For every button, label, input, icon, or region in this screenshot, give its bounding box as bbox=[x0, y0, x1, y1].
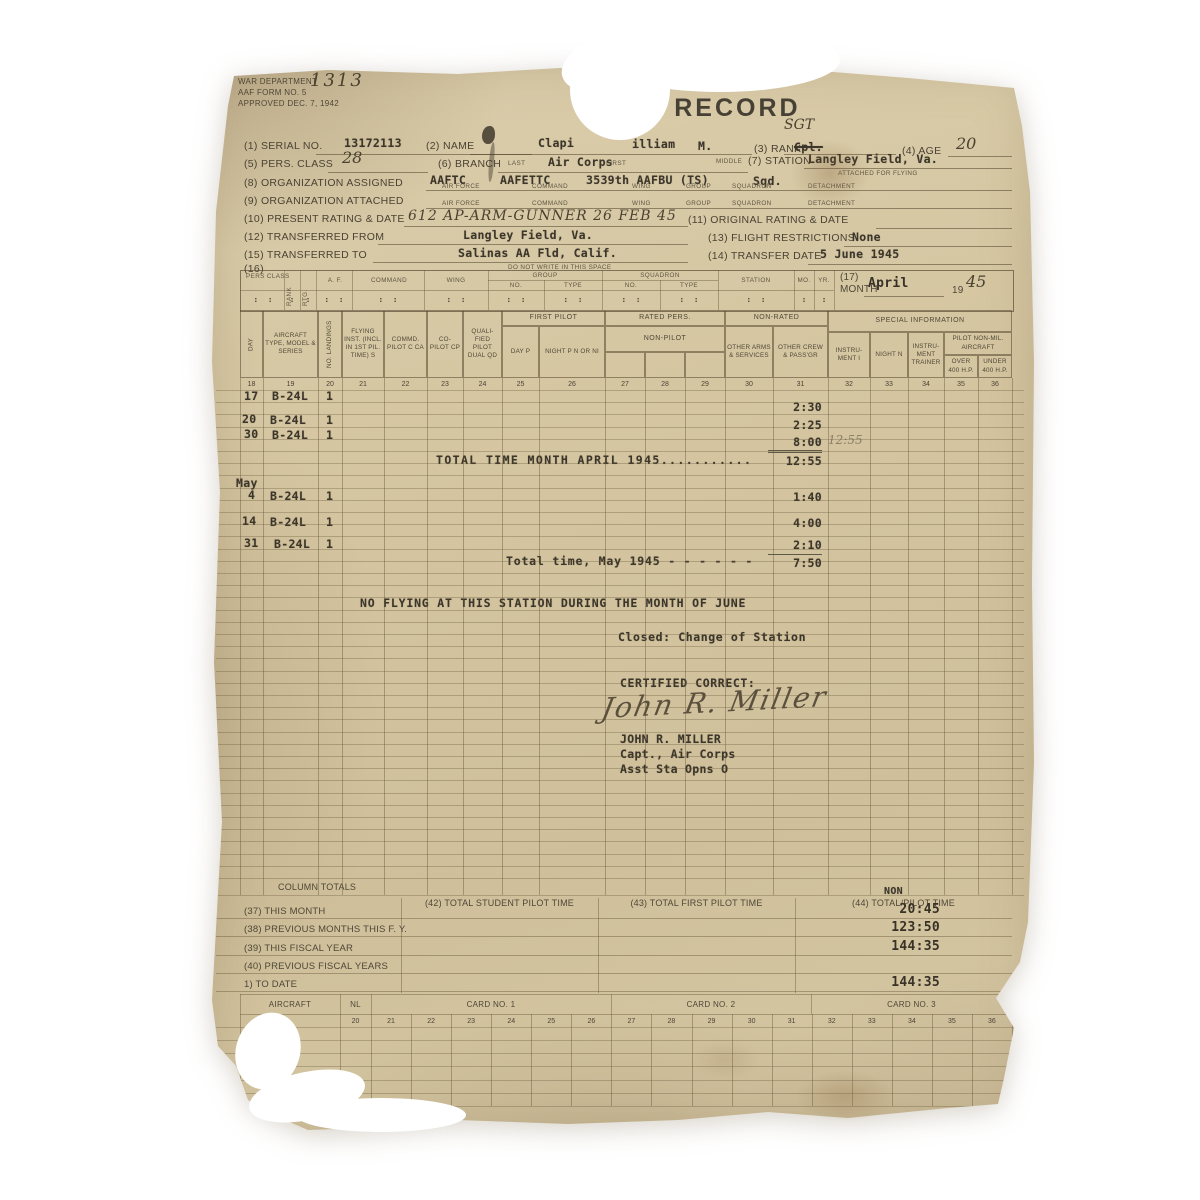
card-number: 33 bbox=[852, 1014, 892, 1028]
grid-row-line bbox=[216, 829, 1024, 830]
card-grid-line bbox=[216, 1027, 1024, 1028]
grid-row-line bbox=[216, 475, 1024, 476]
flight-time: 2:10 bbox=[768, 538, 822, 552]
this-month-value: 20:45 bbox=[848, 902, 940, 917]
branch-value: Air Corps bbox=[548, 155, 613, 169]
transferred-to-value: Salinas AA Fld, Calif. bbox=[458, 246, 617, 260]
column-number: 23 bbox=[427, 378, 463, 390]
rule-line bbox=[808, 264, 1012, 265]
card-number: 20 bbox=[340, 1014, 371, 1028]
grid-row-line bbox=[216, 573, 1024, 574]
grid-column-line bbox=[342, 378, 343, 895]
tick-mark: : bbox=[294, 295, 322, 304]
grid-row-line bbox=[216, 841, 1024, 842]
group-first-pilot-header: FIRST PILOT bbox=[502, 310, 605, 326]
transfer-date-value: 5 June 1945 bbox=[820, 247, 899, 261]
totals-divider bbox=[795, 898, 796, 993]
april-total-label: TOTAL TIME MONTH APRIL 1945........... bbox=[436, 453, 752, 467]
col-instrument-header: INSTRU- MENT I bbox=[828, 332, 870, 378]
flight-day: 17 bbox=[244, 389, 258, 403]
flight-restrictions-value: None bbox=[852, 230, 881, 244]
present-rating-value: 612 AP-ARM-GUNNER 26 FEB 45 bbox=[408, 208, 677, 224]
approved-line: APPROVED DEC. 7, 1942 bbox=[238, 99, 339, 108]
grid-column-line bbox=[870, 378, 871, 895]
group-non-mil-header: PILOT NON-MIL. AIRCRAFT bbox=[944, 332, 1012, 355]
rule-line bbox=[876, 228, 1012, 229]
rule-line bbox=[948, 156, 1012, 157]
grid-row-line bbox=[216, 414, 1024, 415]
col-day-p-header: DAY P bbox=[502, 326, 539, 378]
grid-row-line bbox=[216, 463, 1024, 464]
card-number: 30 bbox=[732, 1014, 772, 1028]
card-grid-line bbox=[216, 1053, 1024, 1054]
column-number: 36 bbox=[978, 378, 1012, 390]
serial-label: (1) SERIAL NO. bbox=[244, 140, 323, 152]
grid-row-line bbox=[216, 768, 1024, 769]
card-number: 31 bbox=[772, 1014, 812, 1028]
grid-row-line bbox=[216, 671, 1024, 672]
box16-command: COMMAND bbox=[358, 277, 420, 284]
sub-air-force: AIR FORCE bbox=[442, 183, 480, 190]
previous-months-label: (38) PREVIOUS MONTHS THIS F. Y. bbox=[244, 924, 407, 935]
box16-squadron-no: NO. bbox=[604, 282, 658, 289]
col-day-header: DAY bbox=[240, 310, 263, 378]
rule-line bbox=[404, 226, 688, 227]
card-number: 32 bbox=[812, 1014, 852, 1028]
grid-row-line bbox=[216, 597, 1024, 598]
total-student-pilot-header: (42) TOTAL STUDENT PILOT TIME bbox=[401, 898, 598, 908]
sub-squadron-2: SQUADRON bbox=[732, 200, 772, 207]
grid-row-line bbox=[216, 658, 1024, 659]
grid-column-line bbox=[605, 378, 606, 895]
flight-landings: 1 bbox=[326, 428, 333, 442]
grid-row-line bbox=[216, 549, 1024, 550]
col-28-cell bbox=[645, 352, 685, 378]
transferred-from-label: (12) TRANSFERRED FROM bbox=[244, 231, 384, 243]
card-grid-line bbox=[216, 1066, 1024, 1067]
grid-row-line bbox=[216, 780, 1024, 781]
grid-row-line bbox=[216, 646, 1024, 647]
station-value: Langley Field, Va. bbox=[808, 152, 938, 166]
card-line bbox=[371, 994, 372, 1014]
sub-command-2: COMMAND bbox=[532, 200, 568, 207]
grid-column-line bbox=[645, 378, 646, 895]
col-copilot-header: CO- PILOT CP bbox=[427, 310, 463, 378]
col-qualified-header: QUALI- FIED PILOT DUAL QD bbox=[463, 310, 502, 378]
tick-mark: : : bbox=[559, 295, 587, 304]
sub-group: GROUP bbox=[686, 183, 711, 190]
flight-landings: 1 bbox=[326, 389, 333, 403]
col-over-400-header: OVER 400 H.P. bbox=[944, 355, 978, 378]
original-rating-label: (11) ORIGINAL RATING & DATE bbox=[688, 214, 849, 226]
name-sub-first: FIRST bbox=[606, 160, 626, 167]
to-date-label: 1) TO DATE bbox=[244, 979, 297, 990]
col-under-400-header: UNDER 400 H.P. bbox=[978, 355, 1012, 378]
sub-air-force-2: AIR FORCE bbox=[442, 200, 480, 207]
card2-label: CARD NO. 2 bbox=[611, 1000, 811, 1009]
column-number: 28 bbox=[645, 378, 685, 390]
col-commd-pilot-header: COMMD. PILOT C CA bbox=[384, 310, 427, 378]
column-number: 25 bbox=[502, 378, 539, 390]
sub-wing-2: WING bbox=[632, 200, 651, 207]
card-number: 21 bbox=[371, 1014, 411, 1028]
box16-squadron-type: TYPE bbox=[662, 282, 716, 289]
card-number: 22 bbox=[411, 1014, 451, 1028]
org-attached-label: (9) ORGANIZATION ATTACHED bbox=[244, 195, 404, 207]
card-number: 29 bbox=[692, 1014, 732, 1028]
grid-column-line bbox=[502, 378, 503, 895]
box16-line bbox=[488, 280, 718, 281]
grid-column-line bbox=[685, 378, 686, 895]
grid-column-line bbox=[1012, 378, 1013, 895]
grid-row-line bbox=[216, 719, 1024, 720]
grid-column-line bbox=[978, 378, 979, 895]
pers-class-value: 28 bbox=[342, 148, 362, 167]
scanned-document-background: WAR DEPARTMENT AAF FORM NO. 5 APPROVED D… bbox=[0, 0, 1200, 1200]
grid-row-line bbox=[216, 817, 1024, 818]
box16-line bbox=[240, 290, 834, 291]
transfer-date-label: (14) TRANSFER DATE bbox=[708, 250, 822, 262]
totals-divider bbox=[598, 898, 599, 993]
card-number: 24 bbox=[491, 1014, 531, 1028]
tick-mark: : : bbox=[742, 295, 770, 304]
box16-wing: WING bbox=[428, 277, 484, 284]
grid-row-line bbox=[216, 854, 1024, 855]
card-line bbox=[240, 994, 1012, 995]
col-other-arms-header: OTHER ARMS & SERVICES bbox=[725, 326, 773, 378]
fiscal-year-label: (39) THIS FISCAL YEAR bbox=[244, 943, 353, 954]
grid-row-line bbox=[216, 488, 1024, 489]
grid-row-line bbox=[216, 536, 1024, 537]
grid-row-line bbox=[216, 585, 1024, 586]
card-line bbox=[340, 994, 341, 1014]
flight-time: 4:00 bbox=[768, 516, 822, 530]
column-number: 34 bbox=[908, 378, 944, 390]
flight-record-form: WAR DEPARTMENT AAF FORM NO. 5 APPROVED D… bbox=[208, 62, 1036, 1138]
totals-rule bbox=[216, 955, 1012, 956]
column-number: 21 bbox=[342, 378, 384, 390]
sub-detachment: DETACHMENT bbox=[808, 183, 855, 190]
totals-divider bbox=[401, 898, 402, 993]
card-number: 34 bbox=[892, 1014, 932, 1028]
grid-row-line bbox=[216, 695, 1024, 696]
sub-wing: WING bbox=[632, 183, 651, 190]
year-value: 45 bbox=[966, 272, 986, 291]
group-non-rated-header: NON-RATED bbox=[725, 310, 828, 326]
col-landings-header: NO. LANDINGS bbox=[318, 310, 342, 378]
column-number: 20 bbox=[318, 378, 342, 390]
previous-months-value: 123:50 bbox=[848, 920, 940, 935]
column-number: 30 bbox=[725, 378, 773, 390]
grid-column-line bbox=[725, 378, 726, 895]
grid-column-line bbox=[539, 378, 540, 895]
card-number: 23 bbox=[451, 1014, 491, 1028]
column-totals-bottom-line bbox=[216, 895, 1024, 896]
name-middle-initial: M. bbox=[698, 139, 712, 153]
grid-row-line bbox=[216, 561, 1024, 562]
total-first-pilot-header: (43) TOTAL FIRST PILOT TIME bbox=[598, 898, 795, 908]
card-number: 35 bbox=[932, 1014, 972, 1028]
to-date-value: 144:35 bbox=[848, 975, 940, 990]
transferred-from-value: Langley Field, Va. bbox=[463, 228, 593, 242]
card-number: 28 bbox=[651, 1014, 691, 1028]
grid-column-line bbox=[240, 378, 241, 895]
card1-label: CARD NO. 1 bbox=[371, 1000, 611, 1009]
grid-row-line bbox=[216, 451, 1024, 452]
may-total-value: 7:50 bbox=[768, 554, 822, 570]
present-rating-label: (10) PRESENT RATING & DATE bbox=[244, 213, 405, 225]
column-number: 33 bbox=[870, 378, 908, 390]
col-29-cell bbox=[685, 352, 725, 378]
grid-row-line bbox=[216, 500, 1024, 501]
column-number: 26 bbox=[539, 378, 605, 390]
flight-landings: 1 bbox=[326, 489, 333, 503]
rule-line bbox=[804, 168, 1012, 169]
name-label: (2) NAME bbox=[426, 140, 475, 152]
col-night-header: NIGHT N bbox=[870, 332, 908, 378]
grid-row-line bbox=[216, 866, 1024, 867]
grid-row-line bbox=[216, 402, 1024, 403]
grid-row-line bbox=[216, 793, 1024, 794]
name-sub-middle: MIDDLE bbox=[716, 158, 742, 165]
flight-restrictions-label: (13) FLIGHT RESTRICTIONS bbox=[708, 232, 855, 244]
pencil-annotation: 12:55 bbox=[828, 433, 863, 447]
grid-row-line bbox=[216, 634, 1024, 635]
grid-row-line bbox=[216, 622, 1024, 623]
col-non-pilot-header: NON-PILOT bbox=[605, 326, 725, 352]
month-17-label: (17) bbox=[840, 272, 859, 283]
flight-landings: 1 bbox=[326, 515, 333, 529]
column-number: 22 bbox=[384, 378, 427, 390]
card-line bbox=[611, 994, 612, 1014]
april-total-value: 12:55 bbox=[768, 454, 822, 468]
card-number: 36 bbox=[972, 1014, 1012, 1028]
col-night-p-header: NIGHT P N OR NI bbox=[539, 326, 605, 378]
column-number: 24 bbox=[463, 378, 502, 390]
rule-line bbox=[378, 244, 688, 245]
column-number: 29 bbox=[685, 378, 725, 390]
col-inst-trainer-header: INSTRU- MENT TRAINER bbox=[908, 332, 944, 378]
grid-column-line bbox=[908, 378, 909, 895]
column-number: 32 bbox=[828, 378, 870, 390]
rank-correction: SGT bbox=[784, 117, 814, 133]
card-number: 27 bbox=[611, 1014, 651, 1028]
flight-aircraft: B-24L bbox=[272, 389, 308, 403]
totals-rule bbox=[216, 991, 1012, 992]
column-number: 18 bbox=[240, 378, 263, 390]
org-assigned-label: (8) ORGANIZATION ASSIGNED bbox=[244, 177, 403, 189]
group-rated-pers-header: RATED PERS. bbox=[605, 310, 725, 326]
grid-column-line bbox=[384, 378, 385, 895]
sub-squadron: SQUADRON bbox=[732, 183, 772, 190]
sub-group-2: GROUP bbox=[686, 200, 711, 207]
flight-day: 14 bbox=[242, 514, 256, 528]
box16-squadron: SQUADRON bbox=[602, 272, 718, 279]
rule-line bbox=[328, 172, 428, 173]
box16-group-type: TYPE bbox=[546, 282, 600, 289]
closed-note: Closed: Change of Station bbox=[618, 630, 806, 644]
totals-rule bbox=[216, 936, 1012, 937]
fiscal-year-value: 144:35 bbox=[848, 939, 940, 954]
grid-row-line bbox=[216, 610, 1024, 611]
flight-time: 2:25 bbox=[768, 418, 822, 432]
card-aircraft-label: AIRCRAFT bbox=[240, 1000, 340, 1009]
year-prefix: 19 bbox=[952, 285, 964, 296]
card-line bbox=[811, 994, 812, 1014]
grid-column-line bbox=[828, 378, 829, 895]
box16-line bbox=[834, 270, 835, 310]
totals-rule bbox=[216, 973, 1012, 974]
grid-column-line bbox=[263, 378, 264, 895]
flight-aircraft: B-24L bbox=[270, 489, 306, 503]
grid-row-line bbox=[216, 707, 1024, 708]
column-number: 19 bbox=[263, 378, 318, 390]
flight-time: 1:40 bbox=[768, 490, 822, 504]
transferred-to-label: (15) TRANSFERRED TO bbox=[244, 249, 367, 261]
name-fragment-1: Clapi bbox=[538, 136, 574, 150]
grid-column-line bbox=[944, 378, 945, 895]
grid-row-line bbox=[216, 683, 1024, 684]
box16-af: A. F. bbox=[322, 277, 348, 284]
card-number: 25 bbox=[531, 1014, 571, 1028]
box16-station: STATION bbox=[720, 277, 792, 284]
card3-label: CARD NO. 3 bbox=[811, 1000, 1012, 1009]
grid-row-line bbox=[216, 732, 1024, 733]
name-sub-last: LAST bbox=[508, 160, 525, 167]
pers-class-label: (5) PERS. CLASS bbox=[244, 158, 333, 170]
grid-column-line bbox=[773, 378, 774, 895]
age-value: 20 bbox=[956, 134, 976, 153]
grid-row-line bbox=[216, 427, 1024, 428]
name-fragment-2: illiam bbox=[632, 137, 675, 151]
flight-aircraft: B-24L bbox=[270, 515, 306, 529]
tick-mark: : : bbox=[675, 295, 703, 304]
station-label: (7) STATION bbox=[748, 155, 811, 167]
tick-mark: : : bbox=[374, 295, 402, 304]
col-flying-inst-header: FLYING INST. (INCL. IN 1ST PIL. TIME) S bbox=[342, 310, 384, 378]
card-number: 26 bbox=[571, 1014, 611, 1028]
grid-row-line bbox=[216, 524, 1024, 525]
tick-mark: : : bbox=[249, 295, 277, 304]
sub-command: COMMAND bbox=[532, 183, 568, 190]
grid-row-line bbox=[216, 756, 1024, 757]
rule-line bbox=[864, 296, 944, 297]
box16-mo: MO. bbox=[794, 277, 814, 284]
column-number: 31 bbox=[773, 378, 828, 390]
sub-detachment-2: DETACHMENT bbox=[808, 200, 855, 207]
totals-rule bbox=[216, 918, 1012, 919]
officer-rank: Capt., Air Corps bbox=[620, 747, 736, 761]
grid-row-line bbox=[216, 512, 1024, 513]
col-aircraft-header: AIRCRAFT TYPE, MODEL & SERIES bbox=[263, 310, 318, 378]
col-27-cell bbox=[605, 352, 645, 378]
tick-mark: : : bbox=[320, 295, 348, 304]
paper-sheet: WAR DEPARTMENT AAF FORM NO. 5 APPROVED D… bbox=[208, 62, 1036, 1138]
column-number: 27 bbox=[605, 378, 645, 390]
card-line bbox=[1012, 994, 1013, 1014]
card-nl-label: NL bbox=[340, 1000, 371, 1009]
box16-group-no: NO. bbox=[490, 282, 542, 289]
tick-mark: : : bbox=[617, 295, 645, 304]
box16-pers-class: PERS CLASS bbox=[246, 273, 280, 280]
grid-row-line bbox=[216, 390, 1024, 391]
box16-yr: YR. bbox=[814, 277, 834, 284]
grid-column-line bbox=[463, 378, 464, 895]
column-number: 35 bbox=[944, 378, 978, 390]
tick-mark: : : bbox=[502, 295, 530, 304]
grid-row-line bbox=[216, 805, 1024, 806]
stamp-number: 1313 bbox=[310, 70, 364, 91]
grid-column-line bbox=[427, 378, 428, 895]
box16-line bbox=[660, 280, 661, 310]
previous-fiscal-years-label: (40) PREVIOUS FISCAL YEARS bbox=[244, 961, 388, 972]
grid-column-line bbox=[318, 378, 319, 895]
group-special-info-header: SPECIAL INFORMATION bbox=[828, 310, 1012, 332]
rule-line bbox=[373, 262, 688, 263]
rule-line bbox=[426, 190, 1012, 191]
this-month-label: (37) THIS MONTH bbox=[244, 906, 325, 917]
month-value: April bbox=[868, 276, 909, 291]
tick-mark: : : bbox=[442, 295, 470, 304]
dept-line: WAR DEPARTMENT bbox=[238, 77, 317, 86]
grid-row-line bbox=[216, 878, 1024, 879]
box16-line bbox=[544, 280, 545, 310]
card-grid-line bbox=[216, 1040, 1024, 1041]
torn-edge-bottom bbox=[296, 1098, 466, 1132]
col-other-crew-header: OTHER CREW & PASS'GR bbox=[773, 326, 828, 378]
station-sub-label: ATTACHED FOR FLYING bbox=[838, 170, 918, 177]
form-number-line: AAF FORM NO. 5 bbox=[238, 88, 307, 97]
box16-group: GROUP bbox=[488, 272, 602, 279]
flight-aircraft: B-24L bbox=[272, 428, 308, 442]
grid-row-line bbox=[216, 744, 1024, 745]
grid-row-line bbox=[216, 439, 1024, 440]
card-line bbox=[240, 994, 241, 1014]
